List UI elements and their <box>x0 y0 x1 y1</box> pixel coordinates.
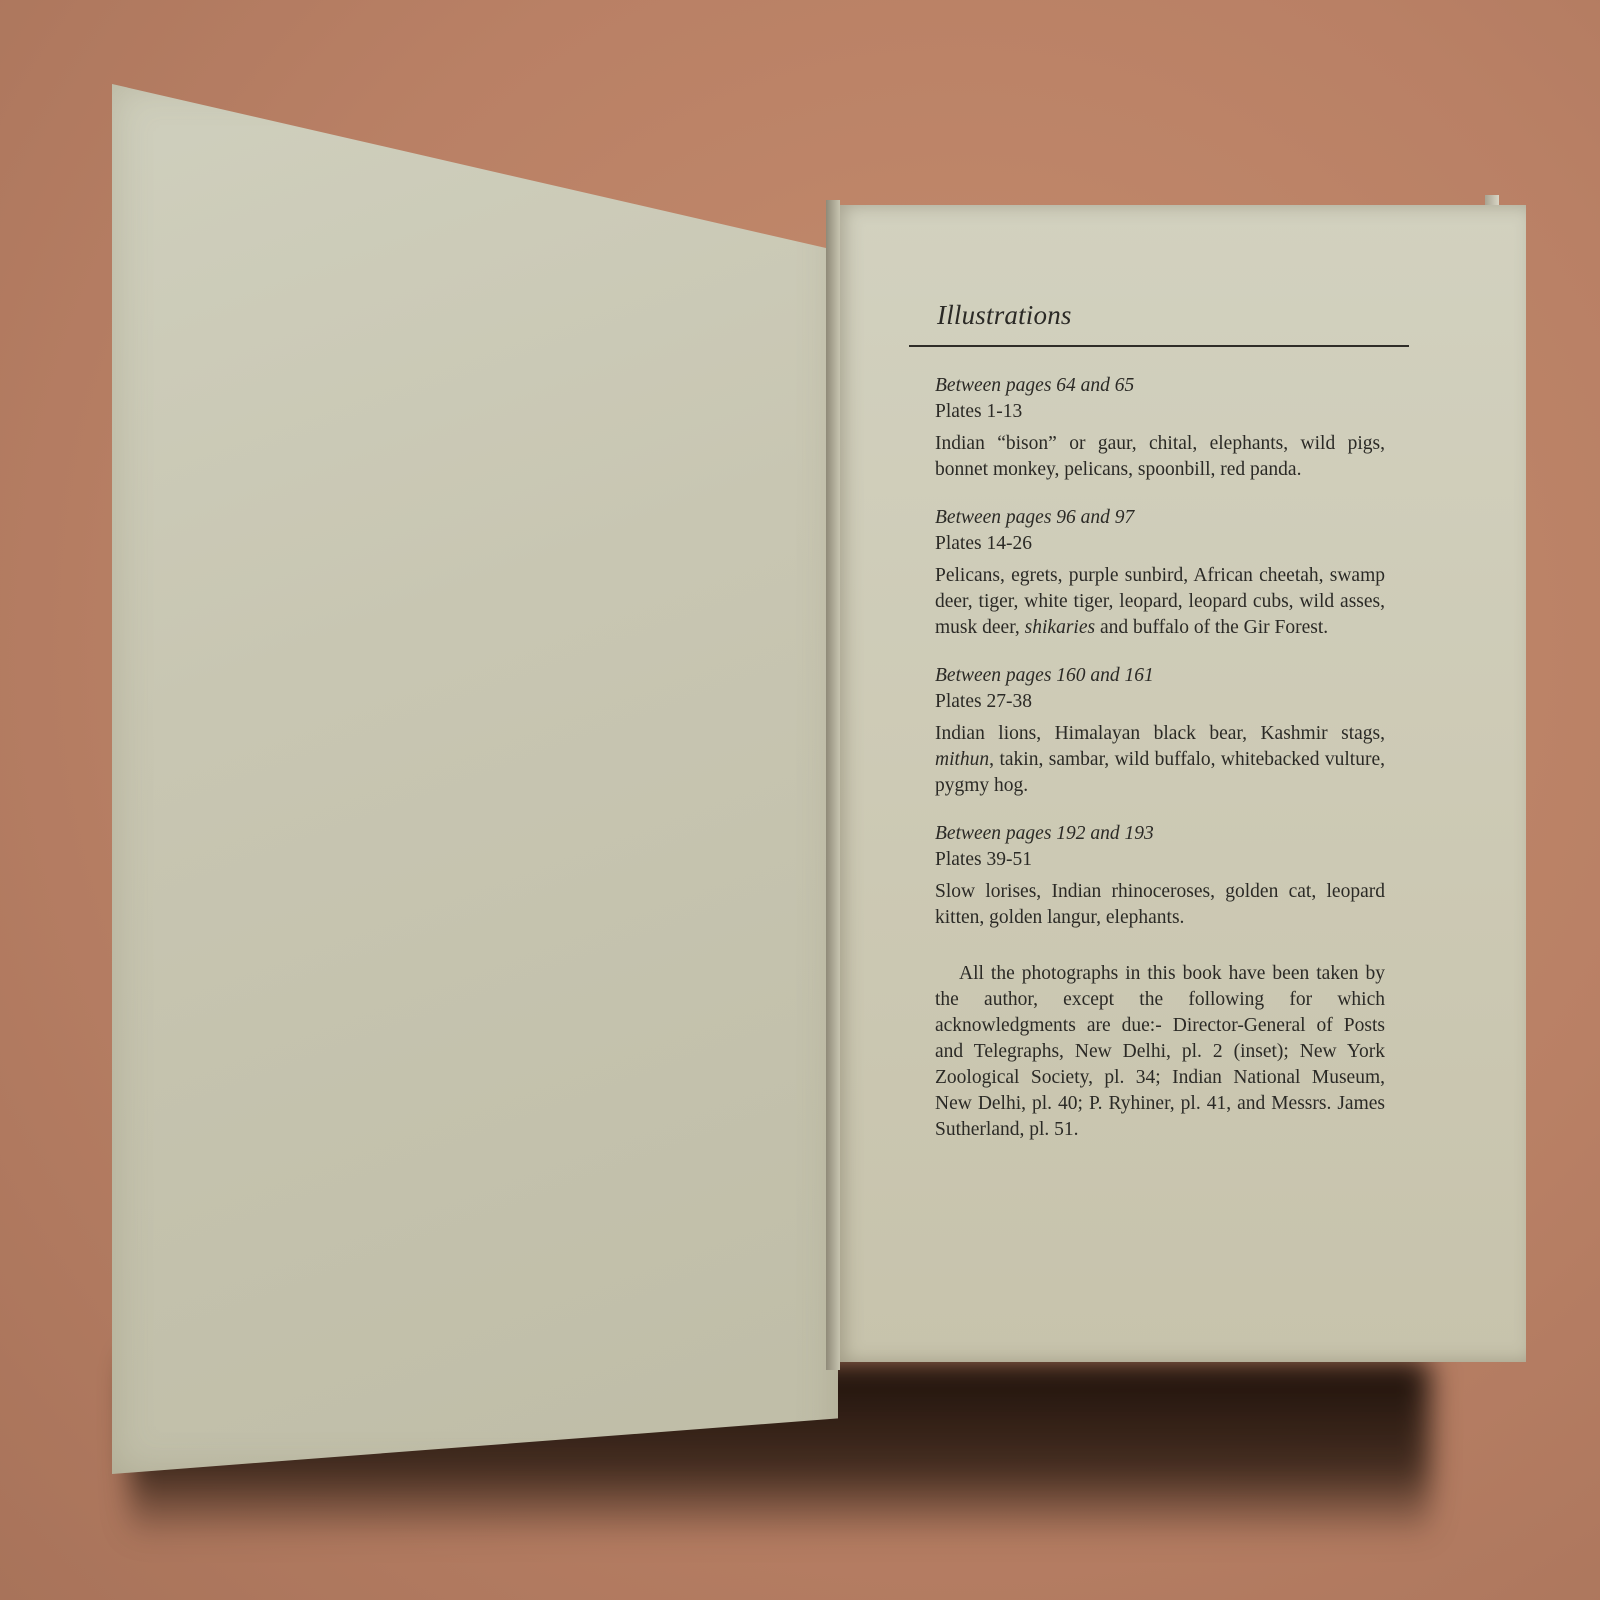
plate-range: Plates 39-51 <box>935 847 1385 873</box>
description-italic-term: shikaries <box>1025 617 1095 638</box>
page-title: Illustrations <box>937 300 1385 331</box>
plate-description: Indian lions, Himalayan black bear, Kash… <box>935 721 1385 799</box>
page-range: Between pages 64 and 65 <box>935 373 1385 399</box>
plate-range: Plates 27-38 <box>935 689 1385 715</box>
page-range: Between pages 96 and 97 <box>935 505 1385 531</box>
book-gutter <box>826 200 840 1370</box>
plate-description: Pelicans, egrets, purple sunbird, Africa… <box>935 563 1385 641</box>
left-blank-page <box>112 84 838 1474</box>
plate-section-1: Between pages 64 and 65 Plates 1-13 Indi… <box>935 373 1385 483</box>
plate-description: Slow lorises, Indian rhinoceroses, golde… <box>935 879 1385 931</box>
plate-section-3: Between pages 160 and 161 Plates 27-38 I… <box>935 663 1385 799</box>
plate-range: Plates 1-13 <box>935 399 1385 425</box>
plate-section-4: Between pages 192 and 193 Plates 39-51 S… <box>935 821 1385 931</box>
page-range: Between pages 160 and 161 <box>935 663 1385 689</box>
description-text: Indian lions, Himalayan black bear, Kash… <box>935 723 1385 744</box>
plate-section-2: Between pages 96 and 97 Plates 14-26 Pel… <box>935 505 1385 641</box>
plate-description: Indian “bison” or gaur, chital, elephant… <box>935 431 1385 483</box>
description-text: , takin, sambar, wild buffalo, whiteback… <box>935 749 1385 796</box>
description-italic-term: mithun <box>935 749 989 770</box>
plate-range: Plates 14-26 <box>935 531 1385 557</box>
description-text: and buffalo of the Gir Forest. <box>1095 617 1328 638</box>
illustrations-page-content: Illustrations Between pages 64 and 65 Pl… <box>935 300 1385 1143</box>
title-rule <box>909 345 1409 347</box>
photo-acknowledgment: All the photographs in this book have be… <box>935 961 1385 1143</box>
page-range: Between pages 192 and 193 <box>935 821 1385 847</box>
